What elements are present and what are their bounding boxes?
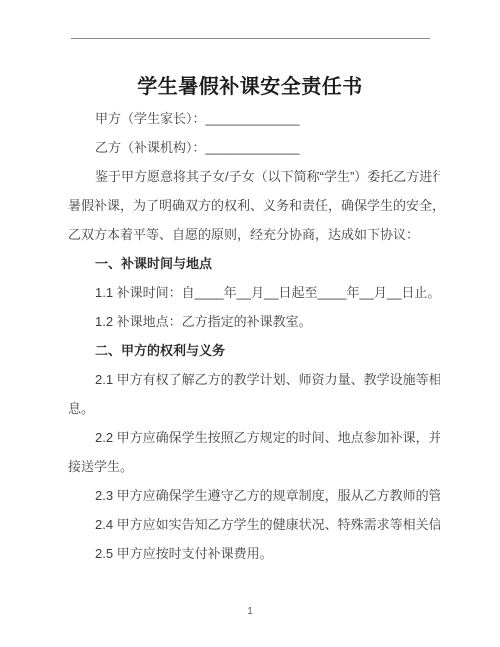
doc-line: 乙方（补课机构）：_____________	[68, 133, 440, 162]
section-heading: 二、甲方的权利与义务	[68, 336, 440, 365]
page-title: 学生暑假补课安全责任书	[0, 74, 500, 101]
page-number: 1	[0, 605, 500, 619]
doc-line: 鉴于甲方愿意将其子女/子女（以下简称“学生”）委托乙方进行	[68, 162, 440, 191]
doc-body: 甲方（学生家长）：_____________乙方（补课机构）：_________…	[68, 104, 440, 568]
doc-line: 甲方（学生家长）：_____________	[68, 104, 440, 133]
doc-line: 2.4 甲方应如实告知乙方学生的健康状况、特殊需求等相关信息。	[68, 510, 440, 539]
doc-line: 2.1 甲方有权了解乙方的教学计划、师资力量、教学设施等相关信	[68, 365, 440, 394]
doc-line: 2.3 甲方应确保学生遵守乙方的规章制度，服从乙方教师的管理。	[68, 481, 440, 510]
doc-line: 1.2 补课地点：乙方指定的补课教室。	[68, 307, 440, 336]
doc-line: 2.5 甲方应按时支付补课费用。	[68, 539, 440, 568]
doc-line: 接送学生。	[68, 452, 440, 481]
document-page: 学生暑假补课安全责任书 甲方（学生家长）：_____________乙方（补课机…	[0, 0, 500, 647]
doc-line: 2.2 甲方应确保学生按照乙方规定的时间、地点参加补课，并按时	[68, 423, 440, 452]
header-divider	[71, 38, 430, 39]
section-heading: 一、补课时间与地点	[68, 249, 440, 278]
doc-line: 暑假补课，为了明确双方的权利、义务和责任，确保学生的安全，甲	[68, 191, 440, 220]
doc-line: 乙双方本着平等、自愿的原则，经充分协商，达成如下协议：	[68, 220, 440, 249]
doc-line: 息。	[68, 394, 440, 423]
doc-line: 1.1 补课时间：自____年__月__日起至____年__月__日止。	[68, 278, 440, 307]
